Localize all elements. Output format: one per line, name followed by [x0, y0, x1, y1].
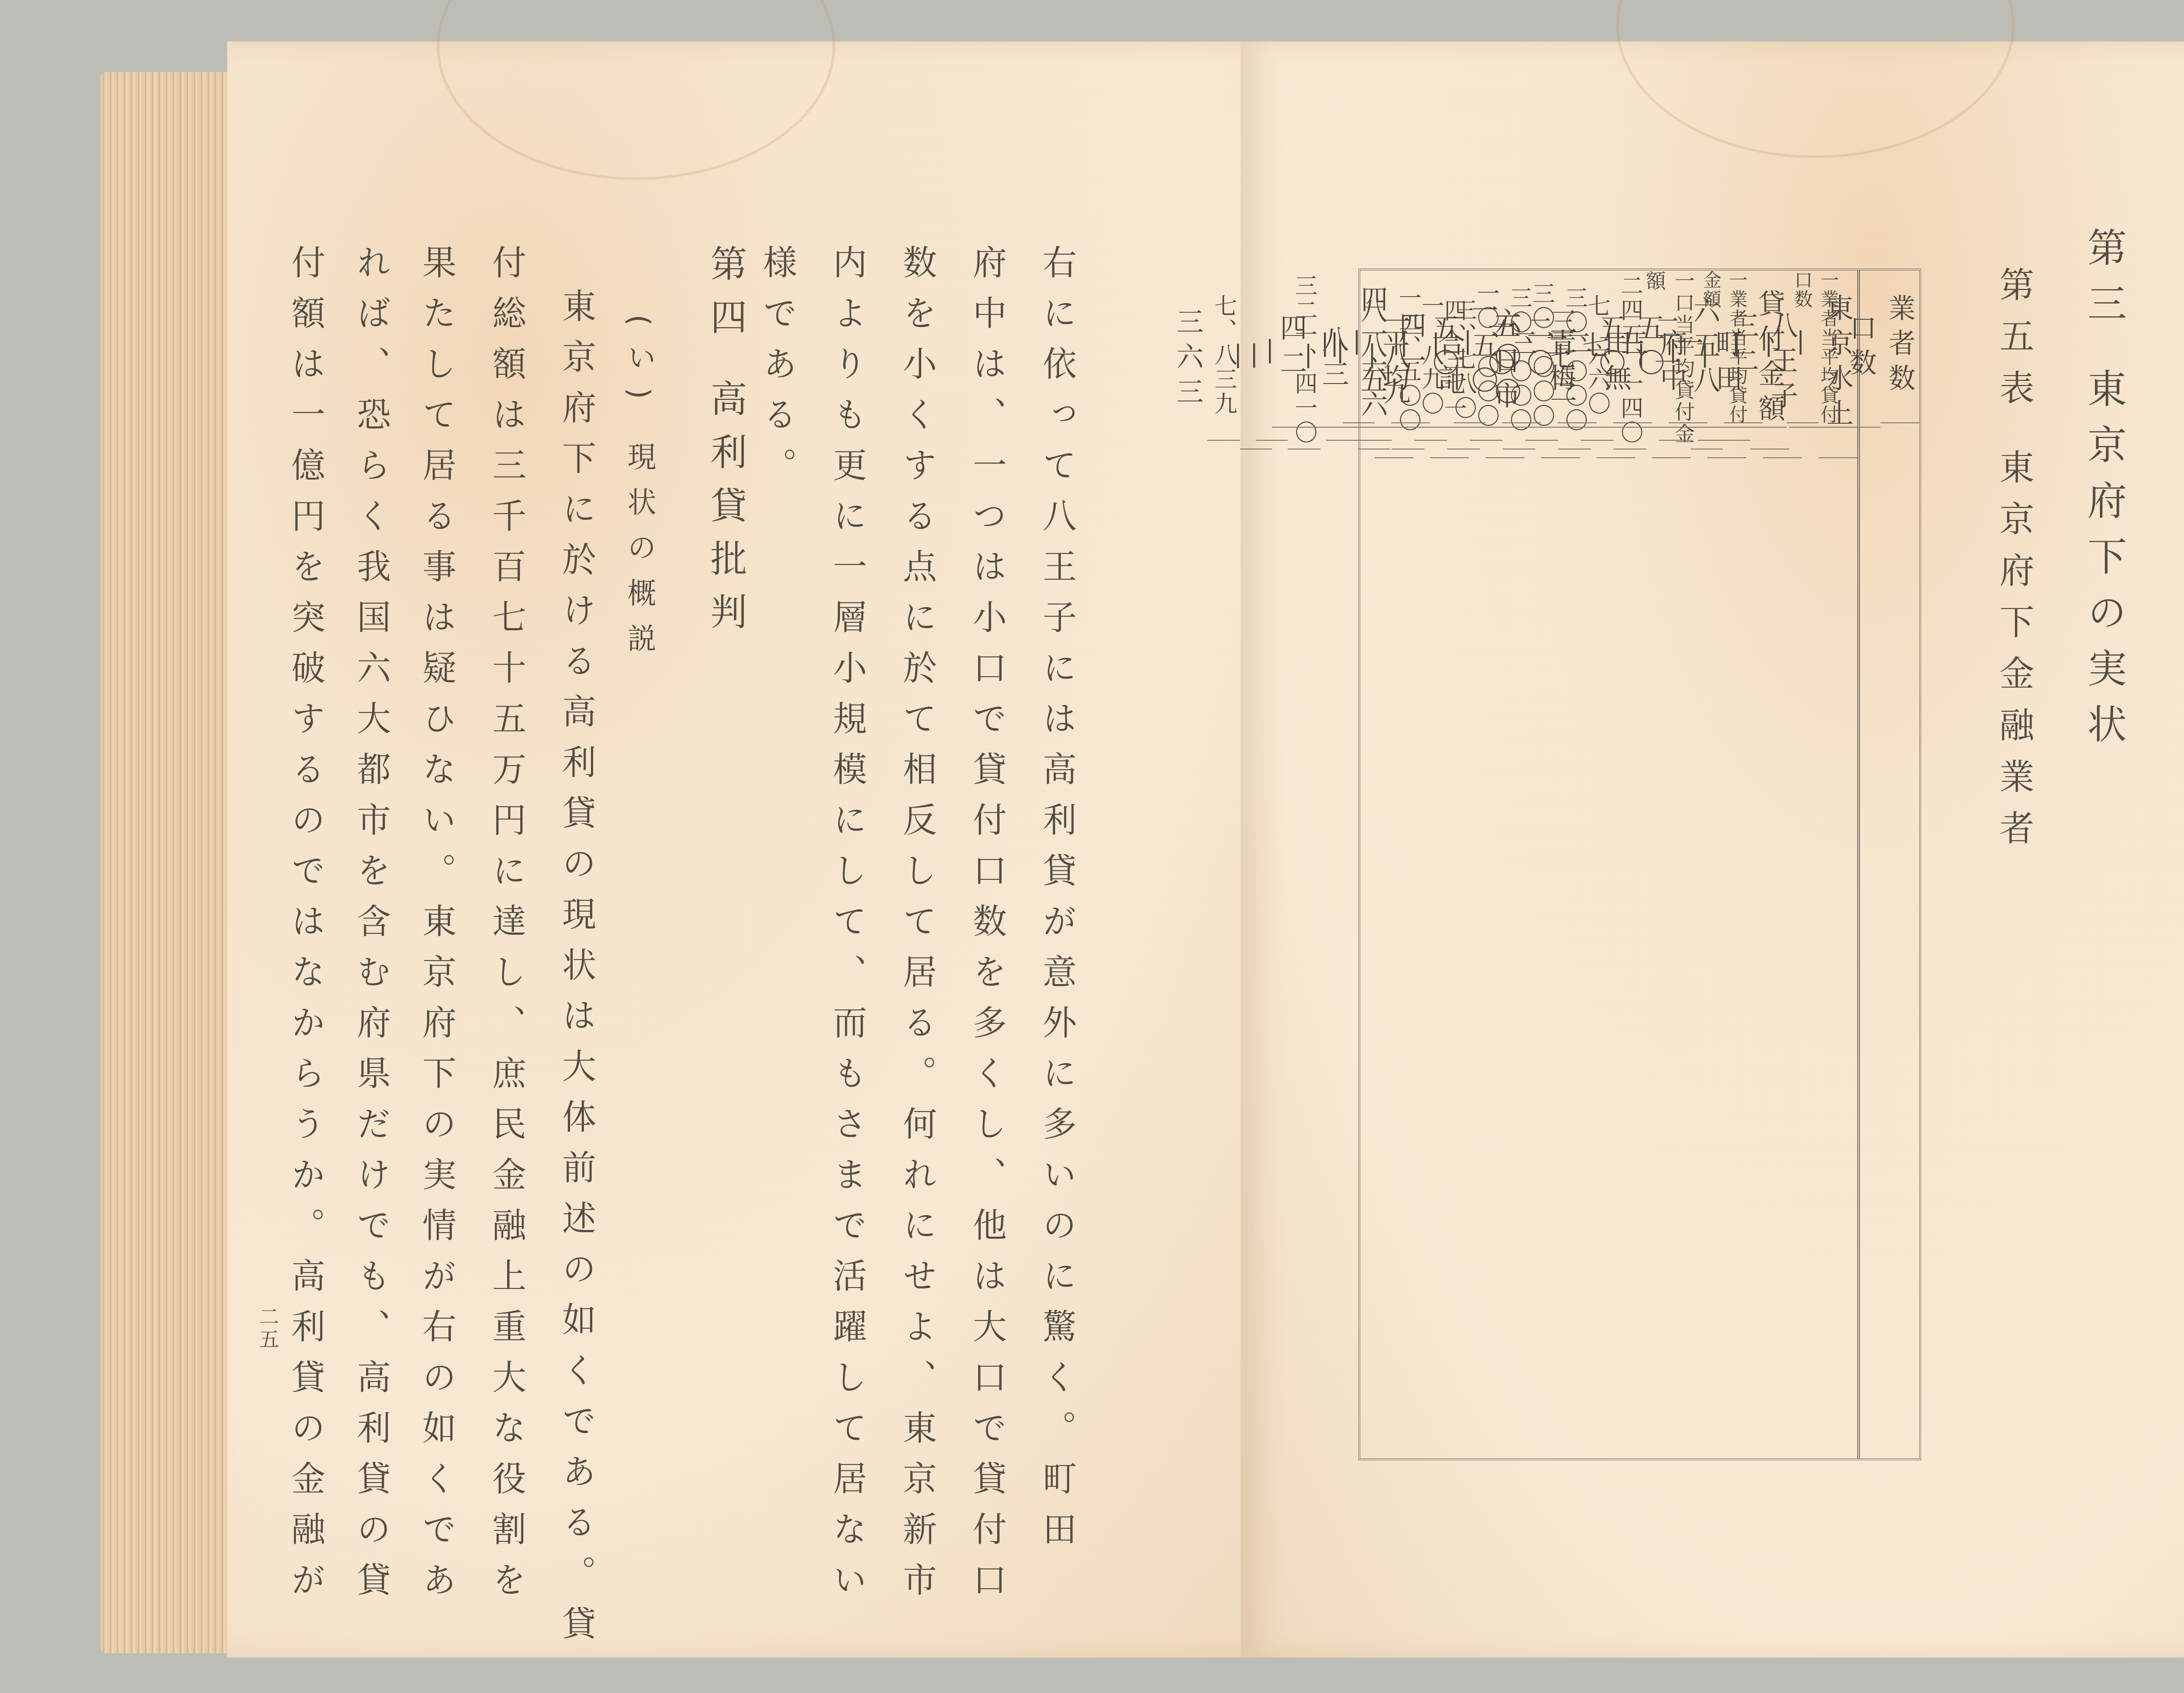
- table-caption: 第五表 東京府下金融業者: [1996, 266, 2031, 861]
- left-para1-line4: 内よりも更に一層小規模にして、而もさまで活躍して居ない: [830, 245, 864, 1613]
- chapter-title: 第三 東京府下の実状: [2084, 227, 2123, 760]
- left-para1-line2: 府中は、一つは小口で貸付口数を多くし、他は大口で貸付口: [970, 245, 1004, 1613]
- left-para2-line2: 付総額は三千百七十五万円に達し、庶民金融上重大な役割を: [489, 245, 523, 1613]
- left-para1-line3: 数を小くする点に於て相反して居る。何れにせよ、東京新市: [900, 245, 934, 1613]
- lenders-table: 業者数 口数 一業者当平均貸付口数 貸付金額 一業者当平均貸付金額 一口当平均貸…: [1358, 269, 1921, 1460]
- section-heading: 第四 高利貸批判: [708, 245, 744, 646]
- left-para2-line5: 付額は一億円を突破するのではなからうか。高利貸の金融が: [288, 245, 322, 1613]
- table-row: 東京水上 — — — — — —: [1802, 270, 1857, 1458]
- left-fore-edge: [100, 72, 245, 1653]
- left-para2-line1: 東京府下に於ける高利貸の現状は大体前述の如くである。貸: [559, 288, 593, 1656]
- left-para1-line1: 右に依って八王子には高利貸が意外に多いのに驚く。町田: [1040, 245, 1074, 1562]
- left-para2-line3: 果たして居る事は疑ひない。東京府下の実情が右の如くであ: [419, 245, 453, 1613]
- table-header-column: 業者数 口数 一業者当平均貸付口数 貸付金額 一業者当平均貸付金額 一口当平均貸…: [1857, 270, 1919, 1458]
- left-para2-line4: れば、恐らく我国六大都市を含む府県だけでも、高利貸の貸: [354, 245, 388, 1613]
- subheading: (い) 現状の概説: [625, 314, 653, 668]
- left-para1-line5: 様である。: [760, 245, 794, 498]
- header-dealers: 業者数: [1880, 270, 1919, 423]
- left-page-number: 二五: [258, 1306, 278, 1351]
